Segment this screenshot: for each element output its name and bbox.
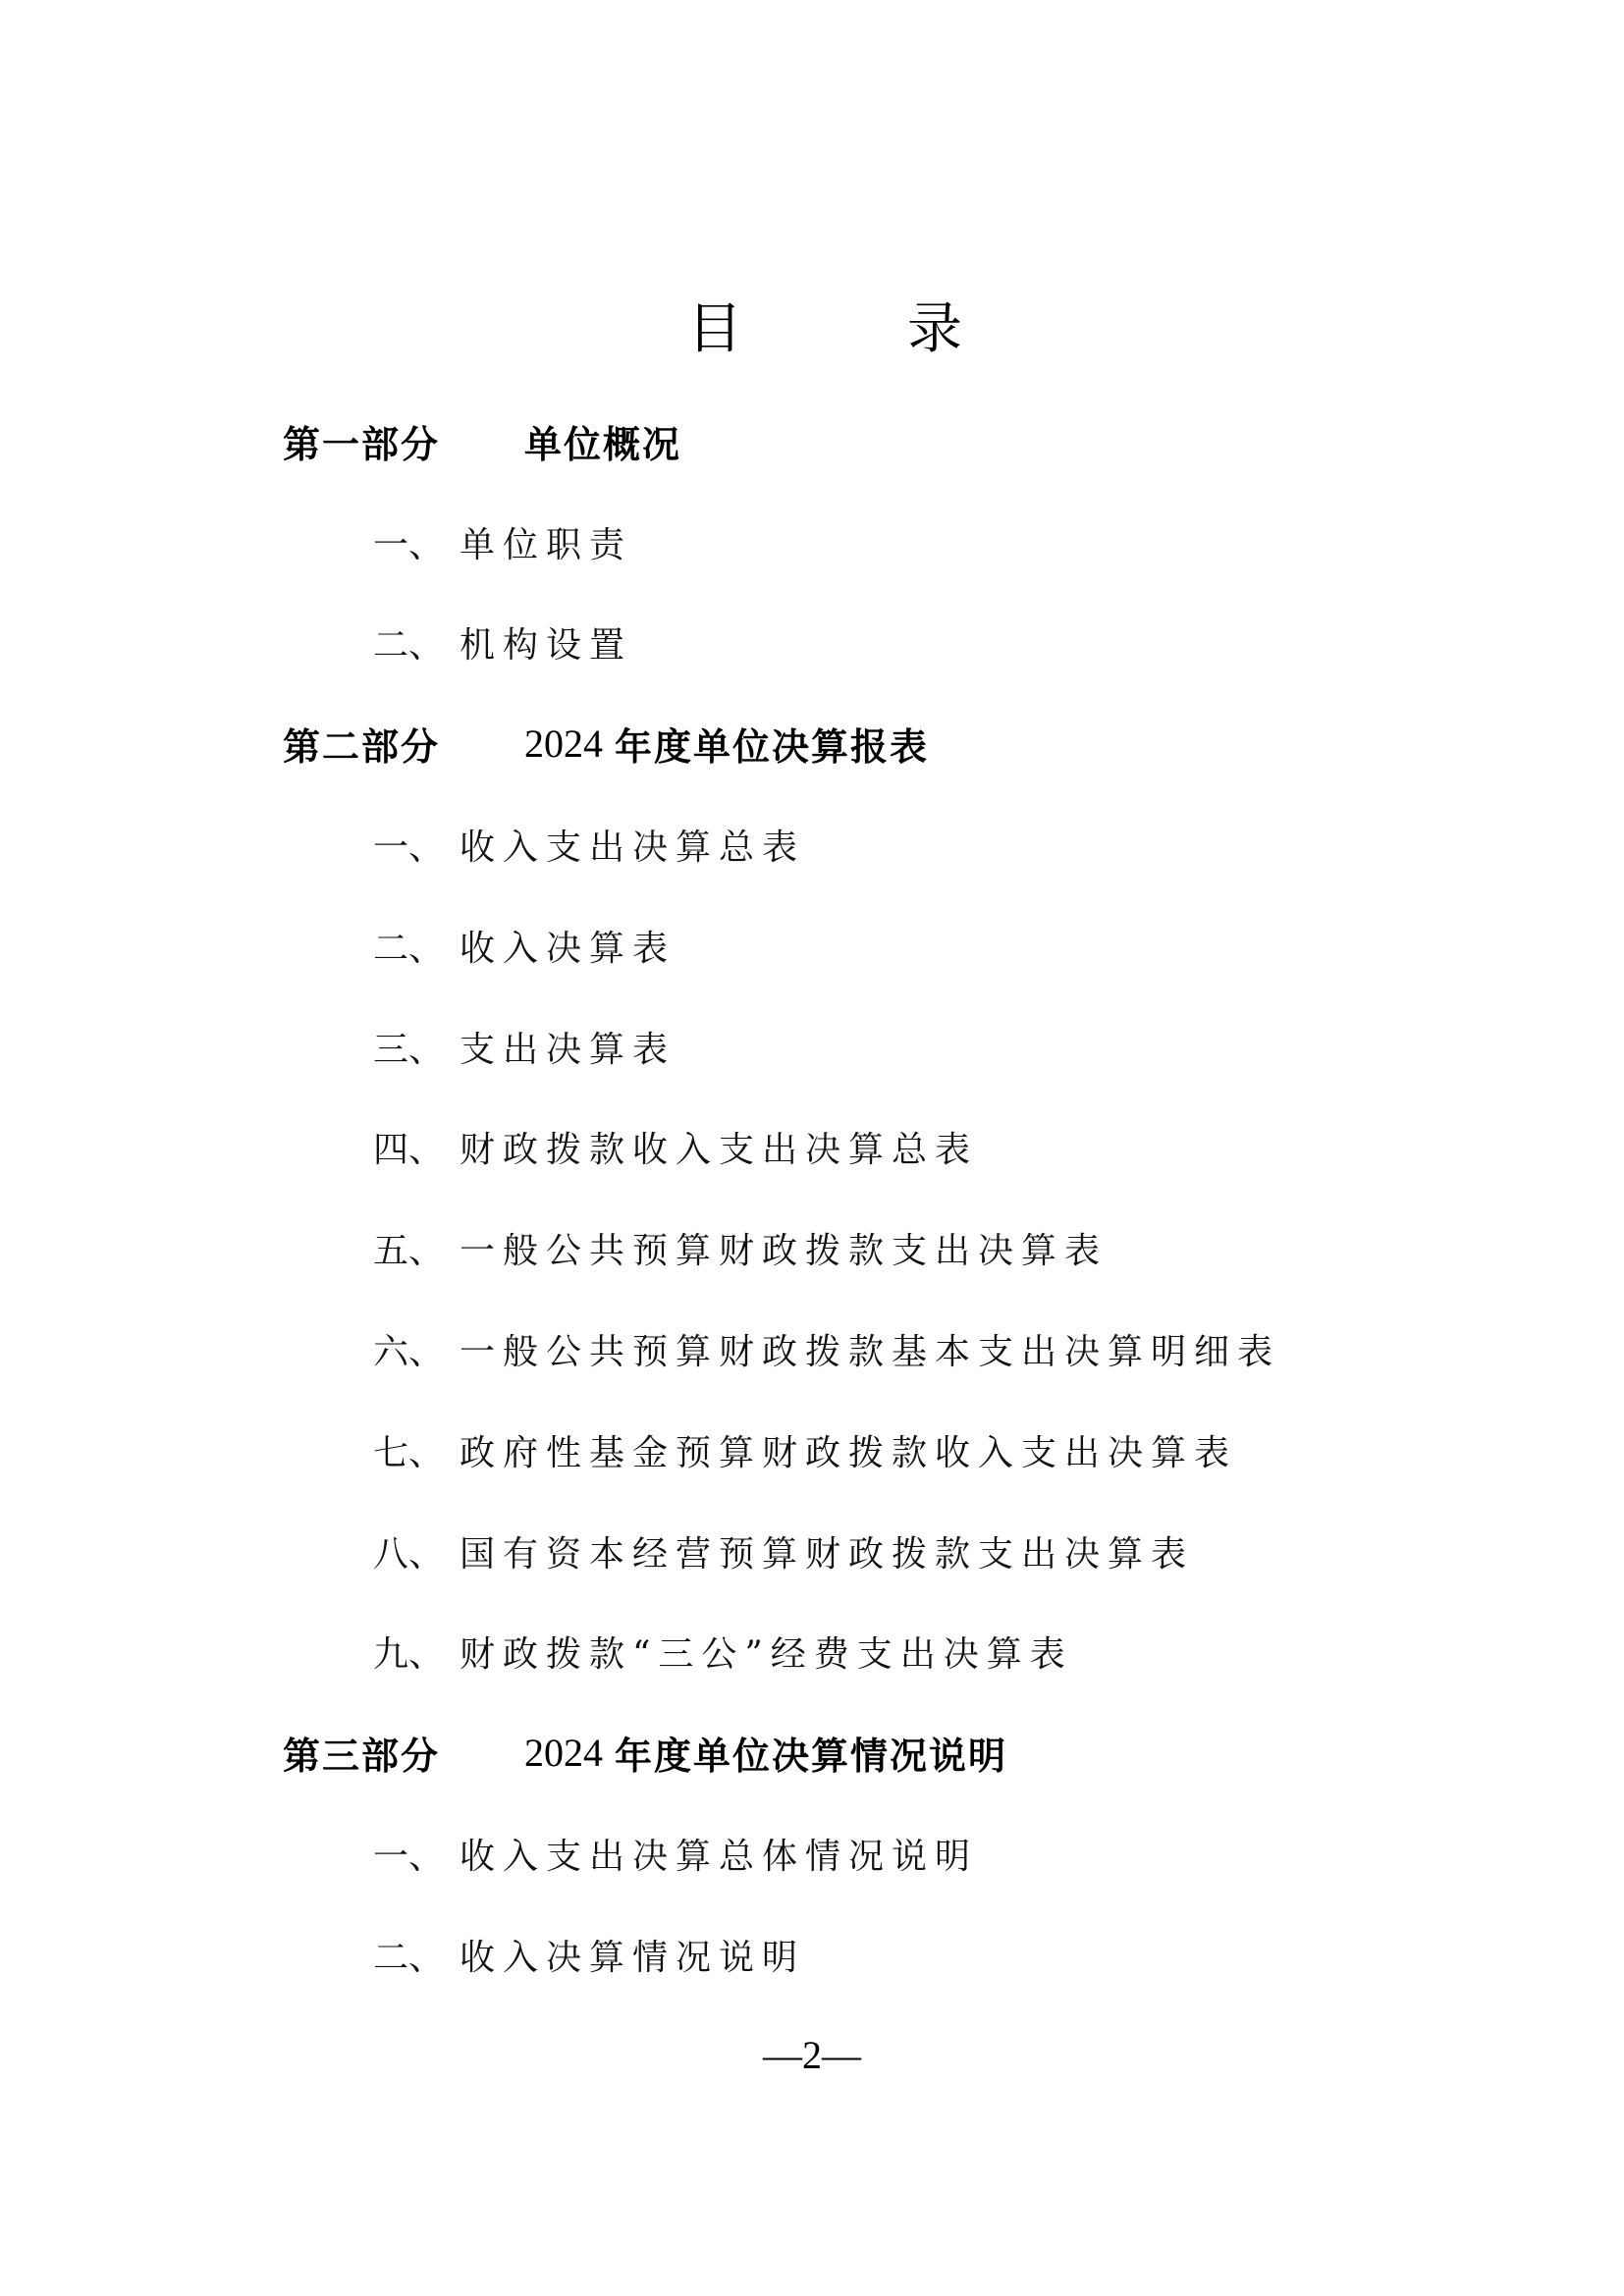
title-char-2: 录	[907, 294, 962, 365]
part-year: 2024	[524, 1730, 603, 1776]
item-label: 财政拨款收入支出决算总表	[460, 1122, 978, 1172]
item-number: 五、	[373, 1223, 460, 1273]
toc-item[interactable]: 六、 一般公共预算财政拨款基本支出决算明细表	[0, 1299, 1624, 1400]
part-label: 第一部分	[283, 414, 524, 468]
item-number: 二、	[373, 1930, 460, 1980]
title-char-1: 目	[687, 294, 742, 365]
item-number: 一、	[373, 1829, 460, 1879]
part-title: 年度单位决算报表	[615, 717, 929, 771]
item-label: 单位职责	[460, 517, 632, 567]
item-label: 国有资本经营预算财政拨款支出决算表	[460, 1526, 1194, 1576]
toc-item[interactable]: 七、 政府性基金预算财政拨款收入支出决算表	[0, 1400, 1624, 1501]
item-number: 四、	[373, 1122, 460, 1172]
toc-item[interactable]: 八、 国有资本经营预算财政拨款支出决算表	[0, 1501, 1624, 1602]
item-number: 一、	[373, 517, 460, 567]
toc-heading-part-2[interactable]: 第二部分 2024 年度单位决算报表	[0, 693, 1624, 794]
toc-item[interactable]: 二、 收入决算表	[0, 895, 1624, 996]
item-number: 六、	[373, 1324, 460, 1374]
toc-item[interactable]: 一、 单位职责	[0, 492, 1624, 593]
item-label: 收入决算情况说明	[460, 1930, 805, 1980]
toc-item[interactable]: 四、 财政拨款收入支出决算总表	[0, 1097, 1624, 1199]
item-label: 收入支出决算总表	[460, 820, 805, 870]
toc-heading-part-3[interactable]: 第三部分 2024 年度单位决算情况说明	[0, 1702, 1624, 1803]
item-label: 支出决算表	[460, 1022, 676, 1072]
toc-item[interactable]: 一、 收入支出决算总表	[0, 794, 1624, 895]
item-number: 八、	[373, 1526, 460, 1576]
toc-item[interactable]: 五、 一般公共预算财政拨款支出决算表	[0, 1198, 1624, 1299]
part-label: 第二部分	[283, 717, 524, 771]
page-number: —2—	[763, 2034, 861, 2077]
item-label: 财政拨款“三公”经费支出决算表	[460, 1627, 1073, 1677]
toc-item[interactable]: 一、 收入支出决算总体情况说明	[0, 1803, 1624, 1904]
page-title: 目 录	[687, 294, 962, 365]
part-year: 2024	[524, 721, 603, 767]
table-of-contents: 第一部分 单位概况 一、 单位职责 二、 机构设置 第二部分 2024 年度单位…	[0, 391, 1624, 2005]
item-label: 收入支出决算总体情况说明	[460, 1829, 978, 1879]
toc-item[interactable]: 三、 支出决算表	[0, 996, 1624, 1097]
item-label: 收入决算表	[460, 921, 676, 971]
toc-item[interactable]: 九、 财政拨款“三公”经费支出决算表	[0, 1602, 1624, 1703]
part-title: 单位概况	[524, 414, 681, 468]
item-number: 二、	[373, 617, 460, 667]
item-label: 一般公共预算财政拨款基本支出决算明细表	[460, 1324, 1280, 1374]
item-number: 七、	[373, 1425, 460, 1475]
item-label: 机构设置	[460, 617, 632, 667]
item-label: 一般公共预算财政拨款支出决算表	[460, 1223, 1108, 1273]
toc-heading-part-1[interactable]: 第一部分 单位概况	[0, 391, 1624, 492]
part-title: 年度单位决算情况说明	[615, 1726, 1007, 1780]
item-number: 二、	[373, 921, 460, 971]
part-label: 第三部分	[283, 1726, 524, 1780]
item-number: 三、	[373, 1022, 460, 1072]
toc-item[interactable]: 二、 收入决算情况说明	[0, 1904, 1624, 2005]
item-label: 政府性基金预算财政拨款收入支出决算表	[460, 1425, 1237, 1475]
toc-item[interactable]: 二、 机构设置	[0, 593, 1624, 694]
item-number: 一、	[373, 820, 460, 870]
document-page: 目 录 第一部分 单位概况 一、 单位职责 二、 机构设置 第二部分 2024 …	[0, 0, 1624, 2296]
item-number: 九、	[373, 1627, 460, 1677]
